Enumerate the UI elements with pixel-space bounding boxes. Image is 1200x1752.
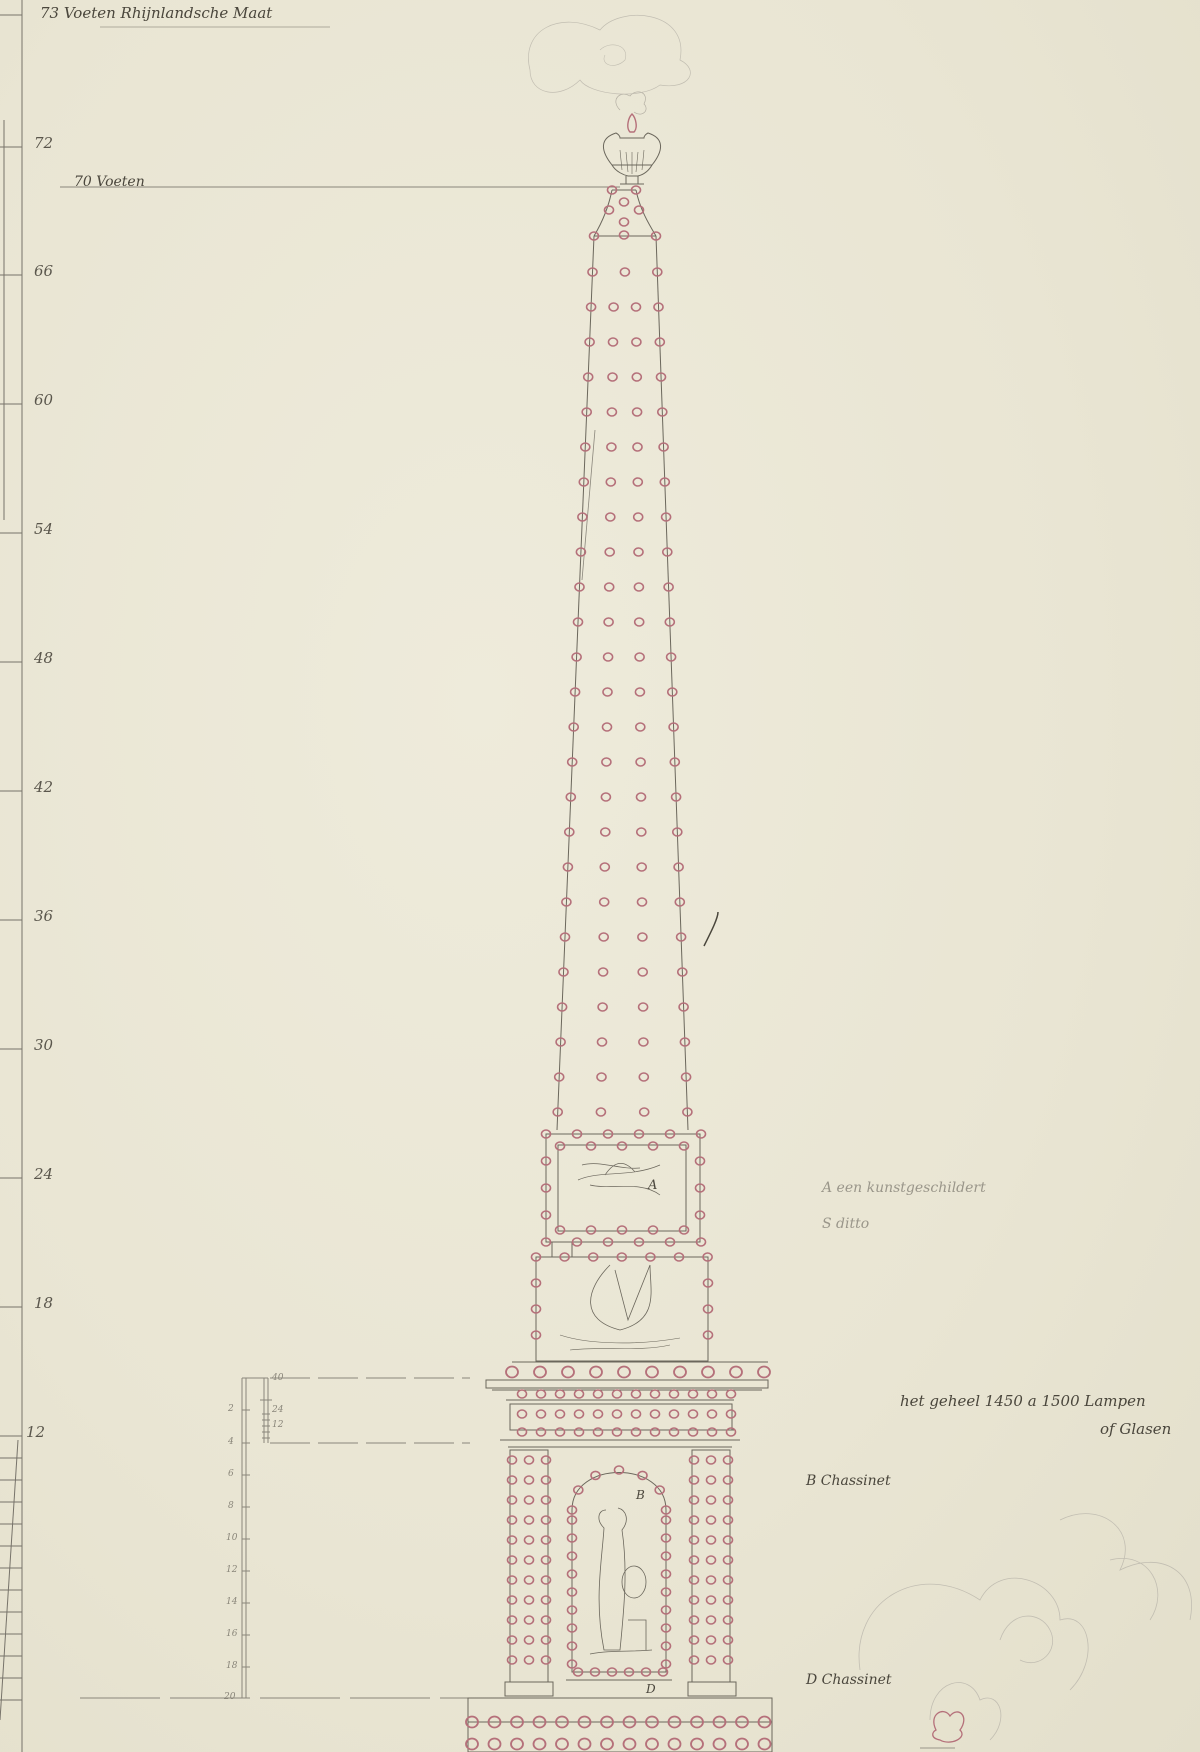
scale-tick-18: 18 xyxy=(34,1294,53,1312)
scale-tick-66: 66 xyxy=(34,262,53,280)
scale-tick-54: 54 xyxy=(34,520,53,538)
note-total-lamps: het geheel 1450 a 1500 Lampen xyxy=(900,1392,1146,1410)
inset-scale-tick: 12 xyxy=(272,1420,283,1430)
scale-tick-12: 12 xyxy=(26,1423,45,1441)
seventy-feet-label: 70 Voeten xyxy=(74,174,145,190)
inset-scale-tick: 40 xyxy=(272,1373,283,1383)
panel-letter-a: A xyxy=(648,1178,657,1193)
pilasters-and-niche xyxy=(470,1450,770,1698)
scale-tick-36: 36 xyxy=(34,907,53,925)
small-scale-tick: 10 xyxy=(226,1533,237,1543)
lamps-cap xyxy=(590,186,661,240)
obelisk-cap xyxy=(594,190,656,236)
obelisk-drawing xyxy=(0,0,1200,1752)
scale-tick-60: 60 xyxy=(34,391,53,409)
smoke-scribbles xyxy=(859,1514,1192,1740)
main-height-scale xyxy=(0,0,22,1752)
scale-tick-48: 48 xyxy=(34,649,53,667)
lamps-shaft xyxy=(553,268,692,1116)
small-scale-tick: 8 xyxy=(228,1501,234,1511)
title-annotation: 73 Voeten Rhijnlandsche Maat xyxy=(40,4,272,22)
cornice xyxy=(486,1362,768,1447)
niche-letter-b: B xyxy=(636,1488,645,1502)
small-scale-tick: 2 xyxy=(228,1404,234,1414)
note-s: S ditto xyxy=(822,1216,869,1232)
obelisk-shaft xyxy=(557,236,688,1130)
small-scale-tick: 6 xyxy=(228,1469,234,1479)
plinth xyxy=(468,1698,772,1752)
small-scale-tick: 4 xyxy=(228,1437,234,1447)
small-scale-tick: 20 xyxy=(224,1692,235,1702)
scale-tick-42: 42 xyxy=(34,778,53,796)
scale-tick-30: 30 xyxy=(34,1036,53,1054)
small-scale-tick: 14 xyxy=(226,1597,237,1607)
label-b-chassinet: B Chassinet xyxy=(806,1473,891,1489)
urn xyxy=(528,15,690,184)
note-a: A een kunstgeschildert xyxy=(822,1180,986,1196)
scale-tick-24: 24 xyxy=(34,1165,53,1183)
small-scale-tick: 16 xyxy=(226,1629,237,1639)
stray-stroke xyxy=(704,912,718,946)
base-letter-d: D xyxy=(646,1682,656,1696)
scale-tick-72: 72 xyxy=(34,134,53,152)
inset-scale-tick: 24 xyxy=(272,1405,283,1415)
small-scale-tick: 12 xyxy=(226,1565,237,1575)
note-glasses: of Glasen xyxy=(1100,1420,1171,1438)
monogram-mark xyxy=(920,1712,964,1748)
label-d-chassinet: D Chassinet xyxy=(806,1672,892,1688)
architectural-drawing-sheet: 73 Voeten Rhijnlandsche Maat 70 Voeten 7… xyxy=(0,0,1200,1752)
small-scale-tick: 18 xyxy=(226,1661,237,1671)
